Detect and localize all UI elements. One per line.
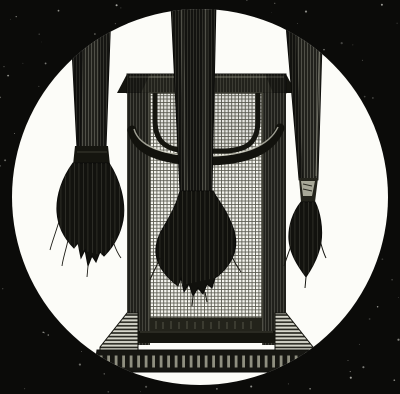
left-brush-ferrule bbox=[73, 146, 110, 165]
engraving-canvas bbox=[0, 0, 400, 394]
right-brush-ferrule bbox=[299, 178, 318, 202]
engraving-svg bbox=[0, 0, 400, 394]
